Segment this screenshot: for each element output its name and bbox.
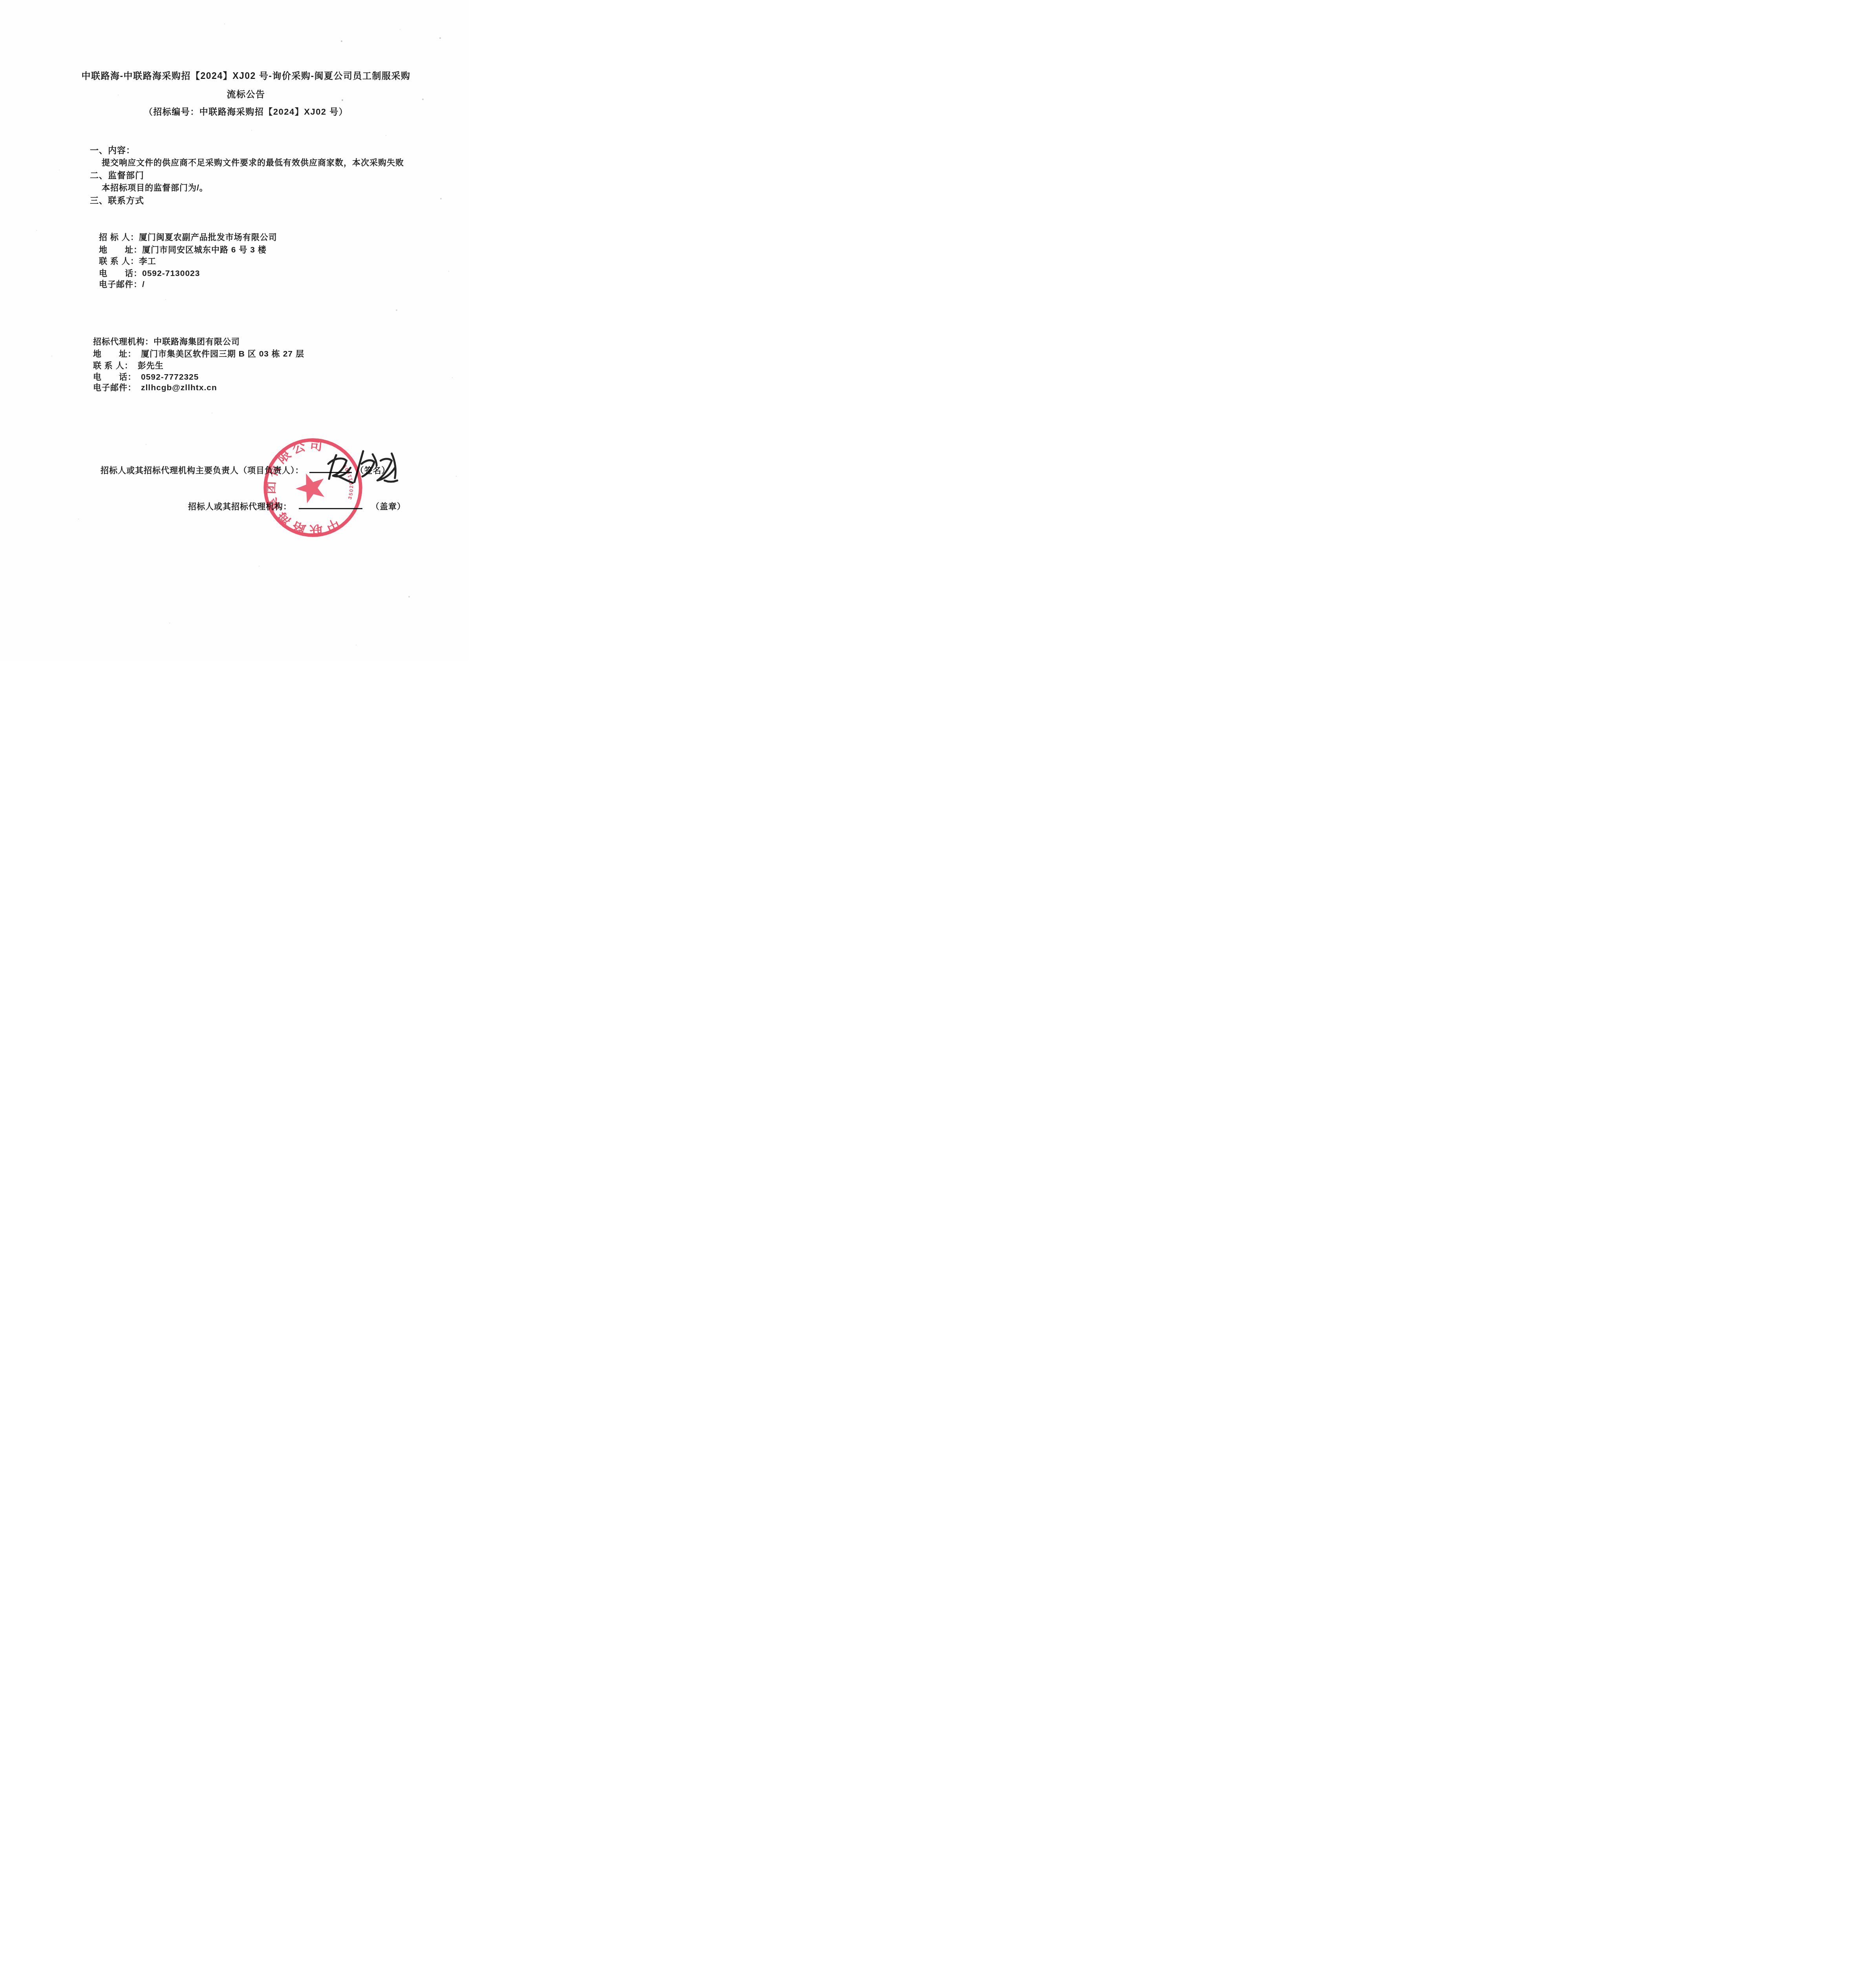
section-3-heading: 三、联系方式 (90, 194, 144, 206)
tenderer-name-label: 招 标 人： (99, 233, 139, 242)
section-1-heading: 一、内容： (90, 144, 135, 156)
section-2-heading: 二、监督部门 (90, 169, 144, 181)
tenderer-address-value: 厦门市同安区城东中路 6 号 3 楼 (142, 245, 267, 254)
tenderer-address-row: 地 址：厦门市同安区城东中路 6 号 3 楼 (99, 243, 267, 255)
doc-title-line2: 流标公告 (12, 87, 469, 100)
doc-title-number: （招标编号：中联路海采购招【2024】XJ02 号） (12, 105, 469, 117)
agency-name-value: 中联路海集团有限公司 (154, 337, 240, 346)
agency-contact-value: 彭先生 (138, 361, 164, 370)
agency-address-row: 地 址：厦门市集美区软件园三期 B 区 03 栋 27 层 (93, 347, 304, 359)
agency-address-value: 厦门市集美区软件园三期 B 区 03 栋 27 层 (141, 349, 304, 358)
agency-address-label: 地 址： (93, 349, 136, 358)
agency-contact-row: 联 系 人：彭先生 (93, 359, 164, 371)
tenderer-name-row: 招 标 人：厦门闽夏农副产品批发市场有限公司 (99, 231, 277, 243)
agency-phone-label: 电 话： (93, 373, 136, 382)
seal-star-icon (292, 468, 330, 505)
scanned-document-page: 中联路海-中联路海采购招【2024】XJ02 号-询价采购-闽夏公司员工制服采购… (0, 0, 469, 662)
agency-name-label: 招标代理机构： (93, 337, 154, 346)
agency-email-value: zllhcgb@zllhtx.cn (141, 383, 217, 392)
tenderer-email-label: 电子邮件： (99, 280, 142, 289)
agency-contact-label: 联 系 人： (93, 361, 133, 370)
agency-email-label: 电子邮件： (93, 383, 136, 392)
agency-phone-row: 电 话：0592-7772325 (93, 371, 199, 382)
tenderer-name-value: 厦门闽夏农副产品批发市场有限公司 (139, 233, 277, 242)
doc-title-line1: 中联路海-中联路海采购招【2024】XJ02 号-询价采购-闽夏公司员工制服采购 (12, 69, 469, 82)
tenderer-contact-label: 联 系 人： (99, 257, 139, 266)
tenderer-phone-label: 电 话： (99, 269, 142, 278)
tenderer-contact-row: 联 系 人：李工 (99, 255, 156, 267)
section-1-body: 提交响应文件的供应商不足采购文件要求的最低有效供应商家数，本次采购失败 (102, 156, 404, 168)
tenderer-phone-row: 电 话：0592-7130023 (99, 267, 200, 279)
handwritten-signature (325, 450, 406, 484)
agency-phone-value: 0592-7772325 (141, 373, 199, 382)
tenderer-address-label: 地 址： (99, 245, 142, 254)
seal-note: （盖章） (371, 502, 406, 511)
agency-email-row: 电子邮件：zllhcgb@zllhtx.cn (93, 381, 217, 393)
tenderer-contact-value: 李工 (139, 257, 156, 266)
agency-name-row: 招标代理机构：中联路海集团有限公司 (93, 335, 240, 347)
tenderer-phone-value: 0592-7130023 (142, 269, 200, 278)
section-2-body: 本招标项目的监督部门为/。 (102, 181, 208, 193)
tenderer-email-value: / (142, 280, 145, 289)
tenderer-email-row: 电子邮件：/ (99, 278, 145, 290)
